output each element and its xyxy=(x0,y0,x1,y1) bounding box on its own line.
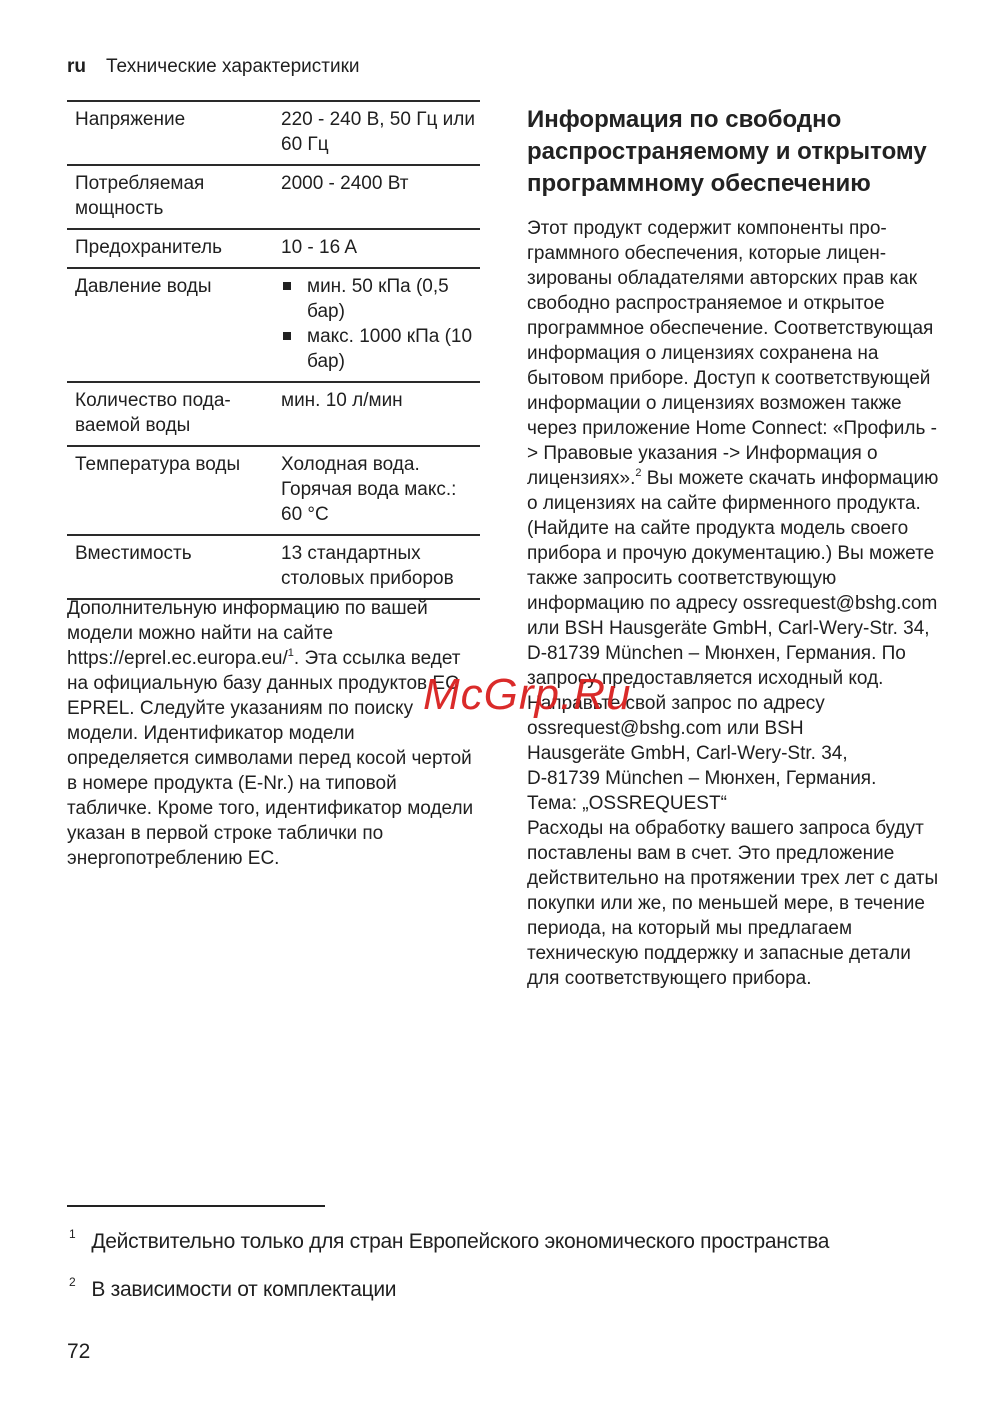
spec-label: Количество пода-ваемой воды xyxy=(67,382,281,446)
paragraph-text: Вы можете скачать инфор­мацию о лицензия… xyxy=(527,468,938,689)
bullet-item: макс. 1000 кПа (10 бар) xyxy=(281,324,480,374)
footnote: 1Действительно только для стран Европейс… xyxy=(67,1218,887,1258)
spec-value: мин. 10 л/мин xyxy=(281,382,480,446)
footnotes: 1Действительно только для стран Европейс… xyxy=(67,1218,887,1314)
table-row: Вместимость 13 стандартных столовых приб… xyxy=(67,535,480,599)
oss-paragraph: Этот продукт содержит компоненты про­гра… xyxy=(527,216,947,691)
spec-value: 2000 - 2400 Вт xyxy=(281,165,480,229)
spec-label: Давление воды xyxy=(67,268,281,382)
spec-value: 13 стандартных столовых приборов xyxy=(281,535,480,599)
spec-label: Напряжение xyxy=(67,101,281,165)
paragraph-text: . Эта ссылка ведет на официальную базу д… xyxy=(67,648,473,869)
oss-section: Информация по свободно распространяемому… xyxy=(527,104,947,991)
table-row: Количество пода-ваемой воды мин. 10 л/ми… xyxy=(67,382,480,446)
table-row: Предохранитель 10 - 16 A xyxy=(67,229,480,268)
language-code: ru xyxy=(67,56,86,77)
table-row: Потребляемая мощность 2000 - 2400 Вт xyxy=(67,165,480,229)
spec-value: 10 - 16 A xyxy=(281,229,480,268)
bullet-item: мин. 50 кПа (0,5 бар) xyxy=(281,274,480,324)
subject-line: Тема: „OSSREQUEST“ xyxy=(527,793,727,814)
specifications-table: Напряжение 220 - 240 В, 50 Гц или 60 Гц … xyxy=(67,100,480,600)
page-number: 72 xyxy=(67,1340,90,1364)
spec-value: Холодная вода. Горячая вода макс.: 60 °C xyxy=(281,446,480,535)
footnote-mark: 2 xyxy=(69,1275,75,1289)
costs-paragraph: Расходы на обработку вашего запроса буду… xyxy=(527,816,947,991)
watermark: McGrp.Ru xyxy=(423,670,631,720)
spec-label: Вместимость xyxy=(67,535,281,599)
address-line: D-81739 München – Мюнхен, Германия. xyxy=(527,768,876,789)
spec-value: 220 - 240 В, 50 Гц или 60 Гц xyxy=(281,101,480,165)
spec-label: Предохранитель xyxy=(67,229,281,268)
running-header: ruТехнические характеристики xyxy=(67,54,360,80)
footnote: 2В зависимости от комплектации xyxy=(67,1266,887,1306)
spec-value: мин. 50 кПа (0,5 бар) макс. 1000 кПа (10… xyxy=(281,268,480,382)
footnote-divider xyxy=(67,1205,325,1207)
address-line: ossrequest@bshg.com или BSH xyxy=(527,718,804,739)
footnote-text: В зависимости от комплектации xyxy=(91,1278,396,1301)
paragraph-text: Этот продукт содержит компоненты про­гра… xyxy=(527,218,937,489)
footnote-text: Действительно только для стран Европейск… xyxy=(91,1230,829,1253)
section-title: Технические характеристики xyxy=(106,56,360,77)
eprel-paragraph: Дополнительную информацию по вашей модел… xyxy=(67,596,482,871)
section-heading: Информация по свободно распространяемому… xyxy=(527,104,947,200)
footnote-mark: 1 xyxy=(69,1227,75,1241)
table-row: Температура воды Холодная вода. Горячая … xyxy=(67,446,480,535)
spec-label: Температура воды xyxy=(67,446,281,535)
address-line: Hausgeräte GmbH, Carl-Wery-Str. 34, xyxy=(527,743,848,764)
spec-label: Потребляемая мощность xyxy=(67,165,281,229)
table-row: Напряжение 220 - 240 В, 50 Гц или 60 Гц xyxy=(67,101,480,165)
table-row: Давление воды мин. 50 кПа (0,5 бар) макс… xyxy=(67,268,480,382)
bullet-list: мин. 50 кПа (0,5 бар) макс. 1000 кПа (10… xyxy=(281,274,480,374)
